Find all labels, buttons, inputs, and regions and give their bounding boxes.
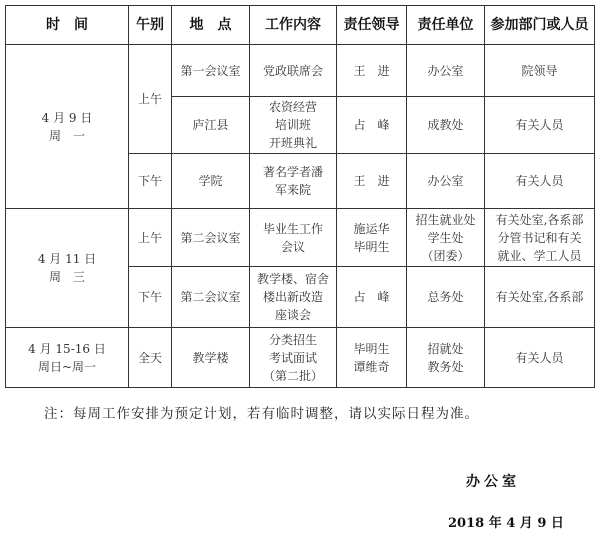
participants-cell: 有关人员	[485, 328, 595, 388]
participants-cell: 院领导	[485, 45, 595, 97]
header-row: 时 间 午别 地 点 工作内容 责任领导 责任单位 参加部门或人员	[6, 6, 595, 45]
leader-cell: 施运华 毕明生	[337, 209, 407, 267]
content-cell: 教学楼、宿舍 楼出新改造 座谈会	[250, 267, 337, 328]
unit-cell: 招生就业处 学生处 （团委）	[407, 209, 485, 267]
leader-cell: 占 峰	[337, 267, 407, 328]
issue-date: 2018 年 4 月 9 日	[448, 512, 564, 531]
period-cell: 全天	[129, 328, 172, 388]
location-cell: 第一会议室	[172, 45, 250, 97]
location-cell: 庐江县	[172, 97, 250, 154]
header-time: 时 间	[6, 6, 129, 45]
date-cell: 4 月 15-16 日 周日~周一	[6, 328, 129, 388]
schedule-table: 时 间 午别 地 点 工作内容 责任领导 责任单位 参加部门或人员 4 月 9 …	[5, 5, 595, 388]
content-cell: 农资经营 培训班 开班典礼	[250, 97, 337, 154]
header-content: 工作内容	[250, 6, 337, 45]
unit-cell: 办公室	[407, 45, 485, 97]
leader-cell: 占 峰	[337, 97, 407, 154]
participants-cell: 有关人员	[485, 97, 595, 154]
location-cell: 学院	[172, 154, 250, 209]
content-cell: 党政联席会	[250, 45, 337, 97]
header-period: 午别	[129, 6, 172, 45]
header-unit: 责任单位	[407, 6, 485, 45]
location-cell: 第二会议室	[172, 209, 250, 267]
location-cell: 教学楼	[172, 328, 250, 388]
period-cell: 下午	[129, 267, 172, 328]
participants-cell: 有关处室,各系部	[485, 267, 595, 328]
location-cell: 第二会议室	[172, 267, 250, 328]
period-cell: 下午	[129, 154, 172, 209]
content-cell: 毕业生工作 会议	[250, 209, 337, 267]
unit-cell: 招就处 教务处	[407, 328, 485, 388]
leader-cell: 王 进	[337, 45, 407, 97]
date-cell: 4 月 11 日 周 三	[6, 209, 129, 328]
leader-cell: 王 进	[337, 154, 407, 209]
table-row: 4 月 9 日 周 一 上午 第一会议室 党政联席会 王 进 办公室 院领导	[6, 45, 595, 97]
unit-cell: 办公室	[407, 154, 485, 209]
unit-cell: 成教处	[407, 97, 485, 154]
participants-cell: 有关人员	[485, 154, 595, 209]
header-leader: 责任领导	[337, 6, 407, 45]
header-location: 地 点	[172, 6, 250, 45]
table-row: 4 月 11 日 周 三 上午 第二会议室 毕业生工作 会议 施运华 毕明生 招…	[6, 209, 595, 267]
content-cell: 著名学者潘 军来院	[250, 154, 337, 209]
period-cell: 上午	[129, 45, 172, 154]
header-participants: 参加部门或人员	[485, 6, 595, 45]
date-cell: 4 月 9 日 周 一	[6, 45, 129, 209]
schedule-note: 注：每周工作安排为预定计划，若有临时调整，请以实际日程为准。	[44, 402, 479, 422]
unit-cell: 总务处	[407, 267, 485, 328]
leader-cell: 毕明生 谭维奇	[337, 328, 407, 388]
issuing-office: 办公室	[466, 471, 520, 491]
period-cell: 上午	[129, 209, 172, 267]
table-row: 4 月 15-16 日 周日~周一 全天 教学楼 分类招生 考试面试 （第二批）…	[6, 328, 595, 388]
content-cell: 分类招生 考试面试 （第二批）	[250, 328, 337, 388]
participants-cell: 有关处室,各系部 分管书记和有关 就业、学工人员	[485, 209, 595, 267]
